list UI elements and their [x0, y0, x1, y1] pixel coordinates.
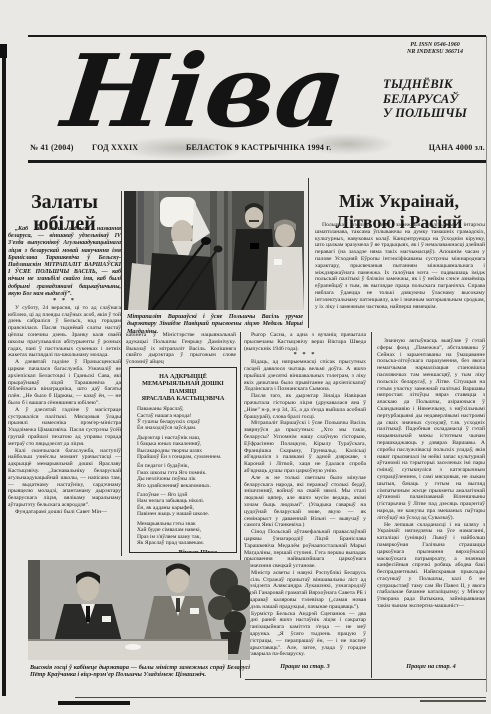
issue-place-date: БЕЛАСТОК 9 КАСТРЫЧНІКА 1994 г.: [186, 143, 331, 152]
column-rule-1: [121, 191, 122, 556]
jubilee-paragraph: А дзевятай гадзіне ў Прачысценскай царкв…: [8, 359, 121, 407]
scan-edge-right: [486, 36, 487, 692]
page-bottom-rule: [75, 697, 486, 698]
masthead-tagline: ТЫДНЁВІК БЕЛАРУСАЎ У ПОЛЬШЧЫ: [383, 77, 467, 121]
mic-head: [214, 246, 223, 253]
poem-box: НА АДКРЫЦЦЁ МЕМАРЫЯЛЬНАЙ ДОШКІ ПАМЯЦІ ЯР…: [129, 367, 237, 553]
jubilee-column-3: Рыгор Сасна, а адна з вучаніц прачытала …: [244, 332, 366, 658]
scan-blob: [0, 44, 7, 58]
name-badge: [274, 259, 282, 265]
jubilee-column-2: кабінета ў Міністэрстве нацыянальнай аду…: [126, 332, 236, 367]
mic-head: [201, 237, 211, 245]
ukraine-intro: Польшча рэалізуе свае замежныя палітычны…: [315, 222, 485, 334]
columns-bottom-rule: [245, 679, 486, 680]
poem-stanza: Дырэктар і настаўнік наш, І бацька юных …: [137, 435, 231, 461]
table: [28, 639, 228, 660]
jubilee-separator: * * *: [8, 298, 121, 305]
jubilee-paragraph: Відаць, ад няпрыемнасці спісак прысутных…: [244, 359, 366, 393]
ukraine-paragraph: Не лепшыя складанасці і на шляху з Украі…: [377, 522, 485, 610]
name-badge: [250, 243, 259, 249]
jubilee-continued-note: Працяг на стар. 3: [244, 663, 366, 670]
photo-bottom-caption: Высокія госці ў кабінеце дырэктара — был…: [30, 664, 250, 679]
teacup: [125, 644, 141, 650]
jubilee-paragraph: Калі скончылася багаслужба, наступіў най…: [8, 448, 121, 509]
jubilee-paragraph: Міністр асветы і навукі Рэспублікі Белар…: [244, 570, 366, 611]
poem-stanza: Ён педагог і будаўнік, Гмах школы гэта Я…: [137, 463, 231, 489]
column-rule-4: [371, 332, 372, 678]
jubilee-paragraph: У суботу, 24 верасня, ці то ад слаўнага …: [8, 305, 121, 359]
poem-title: НА АДКРЫЦЦЁ МЕМАРЫЯЛЬНАЙ ДОШКІ ПАМЯЦІ ЯР…: [135, 373, 231, 402]
poem-author: Віктар Швед: [135, 549, 231, 553]
photo-guests-office: [28, 560, 250, 660]
scan-edge-left: [2, 44, 6, 696]
jubilee-paragraph: Сінод Польскай аўтакефальнай праваслаўна…: [244, 529, 366, 570]
jubilee-paragraph: Фундатарамі дошкі былі Савет Мін—: [8, 509, 121, 516]
jubilee-separator-2: * * *: [244, 352, 366, 359]
scan-bar-bottom-right: [420, 700, 486, 702]
masthead-rule: [28, 160, 486, 163]
newspaper-page: PL ISSN 0546-1960 NR INDEKSU 366714 Ніва…: [0, 0, 491, 714]
issue-price: ЦАНА 4000 зл.: [406, 143, 485, 152]
issn-block: PL ISSN 0546-1960 NR INDEKSU 366714: [385, 42, 485, 56]
poem-stanza: Паважаны Яраслаў, Састаў нашага народа! …: [137, 406, 231, 432]
tie: [86, 606, 90, 622]
column-rule-3: [308, 178, 309, 328]
white-blouse: [266, 247, 304, 310]
ukraine-paragraph: Польшча рэалізуе свае замежныя палітычны…: [315, 222, 485, 310]
newspaper-logo: Ніва: [52, 48, 352, 146]
ukraine-continued-note: Працяг на стар. 4: [377, 663, 485, 670]
jubilee-paragraph: Мітрапаліт Варшаўскі і ўсяе Польшчы Васі…: [244, 420, 366, 474]
photo-metropolitan-award: [124, 191, 304, 310]
poem-stanza: Галоўнае — Яго ідэй Нам нельга забываць …: [137, 492, 231, 518]
jubilee-paragraph: Але ж не толькі светлым было мінулае бел…: [244, 475, 366, 529]
name-badge: [102, 616, 111, 622]
jubilee-column-1: „Каб вы былі годнымі названня беларуса, …: [8, 226, 121, 556]
ukraine-column: Значную актыўнасць выяўляе ў гэтай сферы…: [377, 338, 485, 656]
jubilee-paragraph: Бурмістр Бельска Андрэй Сцепанюк — два т…: [244, 611, 366, 658]
ukraine-paragraph: Значную актыўнасць выяўляе ў гэтай сферы…: [377, 338, 485, 522]
poem-stanza: Мемарыяльны гэты знак Хай будзе сімвалам…: [137, 521, 231, 547]
tie: [176, 598, 180, 612]
name-badge: [190, 608, 199, 614]
mustache: [249, 220, 259, 222]
jubilee-lede: „Каб вы былі годнымі названня беларуса, …: [8, 226, 121, 298]
issue-number: № 41 (2004): [30, 143, 74, 152]
scan-bar-bottom-left: [58, 701, 130, 705]
jubilee-paragraph: А ў дзесятай гадзіне ў магістраце сустра…: [8, 407, 121, 448]
issue-year: ГОД XXXIX: [92, 143, 138, 152]
svg-text:Ніва: Ніва: [54, 32, 352, 150]
jubilee-paragraph: Пасля таго, як дырэктар Зінаіда Навіцкая…: [244, 393, 366, 420]
jubilee-paragraph: Рыгор Сасна, а адна з вучаніц прачытала …: [244, 332, 366, 352]
